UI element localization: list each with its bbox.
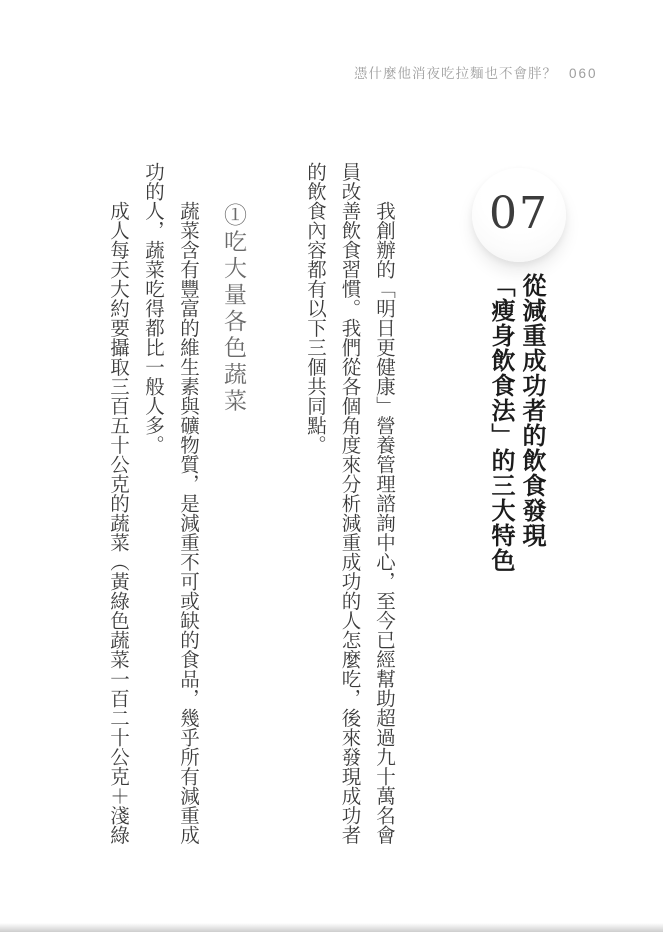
vegetable-section-block: 蔬菜含有豐富的維生素與礦物質，是減重不可或缺的食品，幾乎所有減重成功的人，蔬菜吃… [100,162,205,852]
page-bottom-edge [0,923,663,932]
running-head-book-title: 憑什麼他消夜吃拉麵也不會胖？ [354,66,557,81]
chapter-title-line-1: 從減重成功者的飲食發現 [516,273,547,608]
section-heading: ①吃大量各色蔬菜 [219,203,249,415]
chapter-title-line-2: 「瘦身飲食法」的三大特色 [485,273,516,608]
chapter-number: 07 [489,192,549,236]
chapter-title: 從減重成功者的飲食發現 「瘦身飲食法」的三大特色 [485,273,547,608]
vegetable-paragraph-2: 成人每天大約要攝取三百五十公克的蔬菜（黃綠色蔬菜一百二十公克＋淺綠 [100,162,135,852]
vegetable-paragraph-1: 蔬菜含有豐富的維生素與礦物質，是減重不可或缺的食品，幾乎所有減重成功的人，蔬菜吃… [135,162,205,852]
running-head: 憑什麼他消夜吃拉麵也不會胖？060 [354,62,598,82]
page-number: 060 [569,66,598,81]
intro-paragraph: 我創辦的「明日更健康」營養管理諮詢中心，至今已經幫助超過九十萬名會員改善飲食習慣… [297,162,401,852]
intro-paragraph-block: 我創辦的「明日更健康」營養管理諮詢中心，至今已經幫助超過九十萬名會員改善飲食習慣… [296,162,400,852]
book-page: 憑什麼他消夜吃拉麵也不會胖？060 07 從減重成功者的飲食發現 「瘦身飲食法」… [0,0,663,932]
chapter-number-badge: 07 [472,168,566,262]
